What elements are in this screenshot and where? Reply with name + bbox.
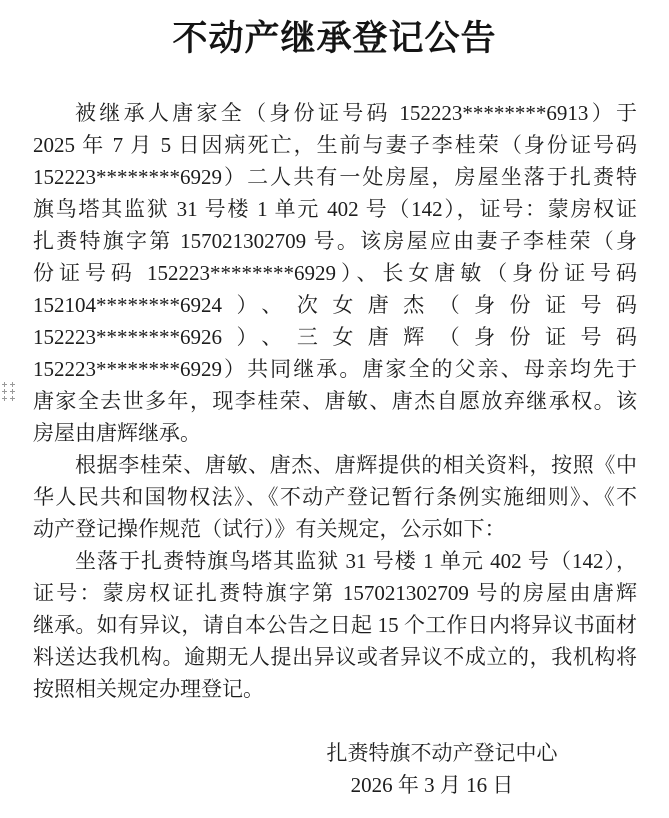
handle-dot (10, 389, 15, 394)
doc-line: 2025 年 7 月 5 日因病死亡，生前与妻子李桂荣（身份证号码 (33, 129, 637, 161)
doc-line: 被继承人唐家全（身份证号码 152223********6913）于 (33, 97, 637, 129)
doc-line: 动产登记操作规范（试行）》有关规定，公示如下： (33, 513, 637, 545)
document-title: 不动产继承登记公告 (0, 0, 669, 60)
document-body: 被继承人唐家全（身份证号码 152223********6913）于 2025 … (33, 97, 637, 705)
handle-dot (10, 396, 15, 401)
doc-line: 152104********6924）、次女唐杰（身份证号码 (33, 289, 637, 321)
doc-line: 华人民共和国物权法》、《不动产登记暂行条例实施细则》、《不 (33, 481, 637, 513)
doc-line: 唐家全去世多年，现李桂荣、唐敏、唐杰自愿放弃继承权。该 (33, 385, 637, 417)
doc-line: 证号：蒙房权证扎赉特旗字第 157021302709 号的房屋由唐辉 (33, 577, 637, 609)
doc-line: 按照相关规定办理登记。 (33, 673, 637, 705)
handle-dot (2, 382, 7, 387)
issue-date: 2026 年 3 月 16 日 (292, 769, 572, 801)
doc-line: 份证号码 152223********6929）、长女唐敏（身份证号码 (33, 257, 637, 289)
issuer-signature: 扎赉特旗不动产登记中心 (292, 737, 592, 769)
handle-dot (2, 389, 7, 394)
doc-line: 料送达我机构。逾期无人提出异议或者异议不成立的，我机构将 (33, 641, 637, 673)
doc-line: 坐落于扎赉特旗鸟塔其监狱 31 号楼 1 单元 402 号（142）， (33, 545, 637, 577)
document-page: 不动产继承登记公告 被继承人唐家全（身份证号码 152223********69… (0, 0, 669, 818)
doc-line: 根据李桂荣、唐敏、唐杰、唐辉提供的相关资料，按照《中 (33, 449, 637, 481)
handle-dot (10, 382, 15, 387)
doc-line: 旗鸟塔其监狱 31 号楼 1 单元 402 号（142），证号：蒙房权证 (33, 193, 637, 225)
doc-line: 152223********6929）二人共有一处房屋，房屋坐落于扎赉特 (33, 161, 637, 193)
signature-block: 扎赉特旗不动产登记中心 2026 年 3 月 16 日 (292, 737, 592, 801)
doc-line: 152223********6926）、三女唐辉（身份证号码 (33, 321, 637, 353)
doc-line: 扎赉特旗字第 157021302709 号。该房屋应由妻子李桂荣（身 (33, 225, 637, 257)
handle-dot (2, 396, 7, 401)
doc-line: 继承。如有异议，请自本公告之日起 15 个工作日内将异议书面材 (33, 609, 637, 641)
doc-line: 152223********6929）共同继承。唐家全的父亲、母亲均先于 (33, 353, 637, 385)
doc-line: 房屋由唐辉继承。 (33, 417, 637, 449)
drag-handle-icon[interactable] (2, 382, 15, 401)
